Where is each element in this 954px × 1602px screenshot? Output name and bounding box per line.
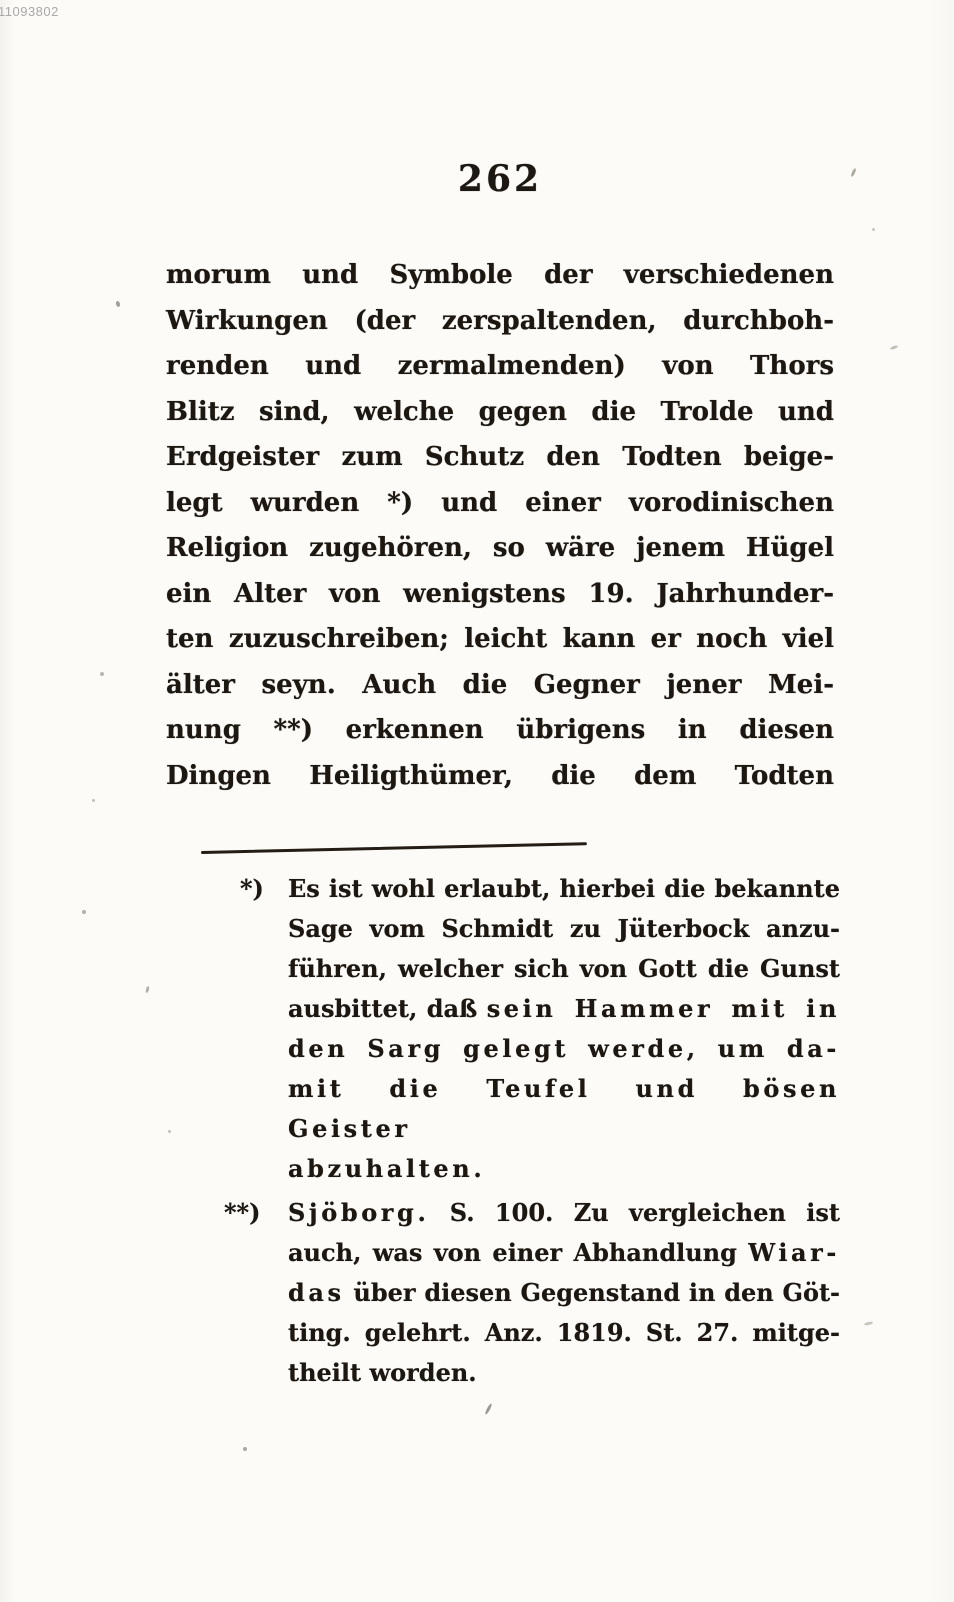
footnote-line: ting. gelehrt. Anz. 1819. St. 27. mitge- xyxy=(288,1313,840,1353)
footnote-text: S. 100. Zu vergleichen ist xyxy=(429,1198,840,1227)
body-line: legt wurden *) und einer vorodinischen xyxy=(166,481,834,527)
footnote-line: Sjöborg. S. 100. Zu vergleichen ist xyxy=(288,1193,840,1233)
body-line: nung **) erkennen übrigens in diesen xyxy=(166,708,834,754)
footnote-line: auch, was von einer Abhandlung Wiar- xyxy=(288,1233,840,1273)
footnote-line: ausbittet, daß sein Hammer mit in xyxy=(288,989,840,1029)
footnote-text-spaced: Sjöborg. xyxy=(288,1198,429,1227)
footnote-text: Es ist wohl erlaubt, hierbei die bekannt… xyxy=(288,874,840,903)
footnote-text: theilt worden. xyxy=(288,1358,477,1387)
body-line: renden und zermalmenden) von Thors xyxy=(166,344,834,390)
footnote-text: auch, was von einer Abhandlung xyxy=(288,1238,748,1267)
ink-speck xyxy=(115,301,120,308)
ink-speck xyxy=(850,168,857,177)
footnote-text-spaced: Wiar- xyxy=(748,1238,840,1267)
footnote-line: Sage vom Schmidt zu Jüterbock anzu- xyxy=(288,909,840,949)
scan-id: 11093802 xyxy=(0,4,59,19)
ink-speck xyxy=(82,910,86,914)
footnote-text: ausbittet, daß xyxy=(288,994,487,1023)
ink-speck xyxy=(243,1447,247,1451)
footnotes: *) Es ist wohl erlaubt, hierbei die beka… xyxy=(288,869,840,1393)
footnote-line: theilt worden. xyxy=(288,1353,840,1393)
footnote-text: ting. gelehrt. Anz. 1819. St. 27. mitge- xyxy=(288,1318,840,1347)
footnote-double-asterisk: **) Sjöborg. S. 100. Zu vergleichen ist … xyxy=(288,1193,840,1393)
ink-speck xyxy=(484,1403,492,1415)
footnote-text-spaced: das xyxy=(288,1278,345,1307)
footnote-marker: *) xyxy=(240,869,264,909)
footnote-line: mit die Teufel und bösen Geister xyxy=(288,1069,840,1149)
body-line: morum und Symbole der verschiedenen xyxy=(166,253,834,299)
body-text: morum und Symbole der verschiedenen Wirk… xyxy=(166,253,834,799)
footnote-line: Es ist wohl erlaubt, hierbei die bekannt… xyxy=(288,869,840,909)
page-number: 262 xyxy=(166,158,834,200)
footnote-text-spaced: mit die Teufel und bösen Geister xyxy=(288,1074,840,1143)
footnote-line: führen, welcher sich von Gott die Gunst xyxy=(288,949,840,989)
footnote-text: Sage vom Schmidt zu Jüterbock anzu- xyxy=(288,914,840,943)
ink-speck xyxy=(864,1321,873,1326)
footnote-separator xyxy=(201,842,587,853)
footnote-line: das über diesen Gegenstand in den Göt- xyxy=(288,1273,840,1313)
body-line: Blitz sind, welche gegen die Trolde und xyxy=(166,390,834,436)
body-line: älter seyn. Auch die Gegner jener Mei- xyxy=(166,663,834,709)
body-line: Dingen Heiligthümer, die dem Todten xyxy=(166,754,834,800)
footnote-text: über diesen Gegenstand in den Göt- xyxy=(345,1278,840,1307)
footnote-asterisk: *) Es ist wohl erlaubt, hierbei die beka… xyxy=(288,869,840,1189)
ink-speck xyxy=(100,672,104,676)
footnote-text-spaced: sein Hammer mit in xyxy=(487,994,840,1023)
scanned-book-page: 11093802 262 morum und Symbole der versc… xyxy=(0,0,954,1602)
ink-speck xyxy=(145,986,150,994)
ink-speck xyxy=(890,345,899,351)
footnote-marker: **) xyxy=(224,1193,260,1233)
body-line: Wirkungen (der zerspaltenden, durchboh- xyxy=(166,299,834,345)
footnote-text-spaced: den Sarg gelegt werde, um da- xyxy=(288,1034,840,1063)
footnote-text-spaced: abzuhalten. xyxy=(288,1154,485,1183)
footnote-line: abzuhalten. xyxy=(288,1149,840,1189)
ink-speck xyxy=(168,1130,171,1133)
body-line: Religion zugehören, so wäre jenem Hügel xyxy=(166,526,834,572)
body-line: Erdgeister zum Schutz den Todten beige- xyxy=(166,435,834,481)
body-line: ten zuzuschreiben; leicht kann er noch v… xyxy=(166,617,834,663)
footnote-text: führen, welcher sich von Gott die Gunst xyxy=(288,954,840,983)
footnote-line: den Sarg gelegt werde, um da- xyxy=(288,1029,840,1069)
ink-speck xyxy=(872,228,875,231)
ink-speck xyxy=(92,799,95,802)
body-line: ein Alter von wenigstens 19. Jahrhunder- xyxy=(166,572,834,618)
